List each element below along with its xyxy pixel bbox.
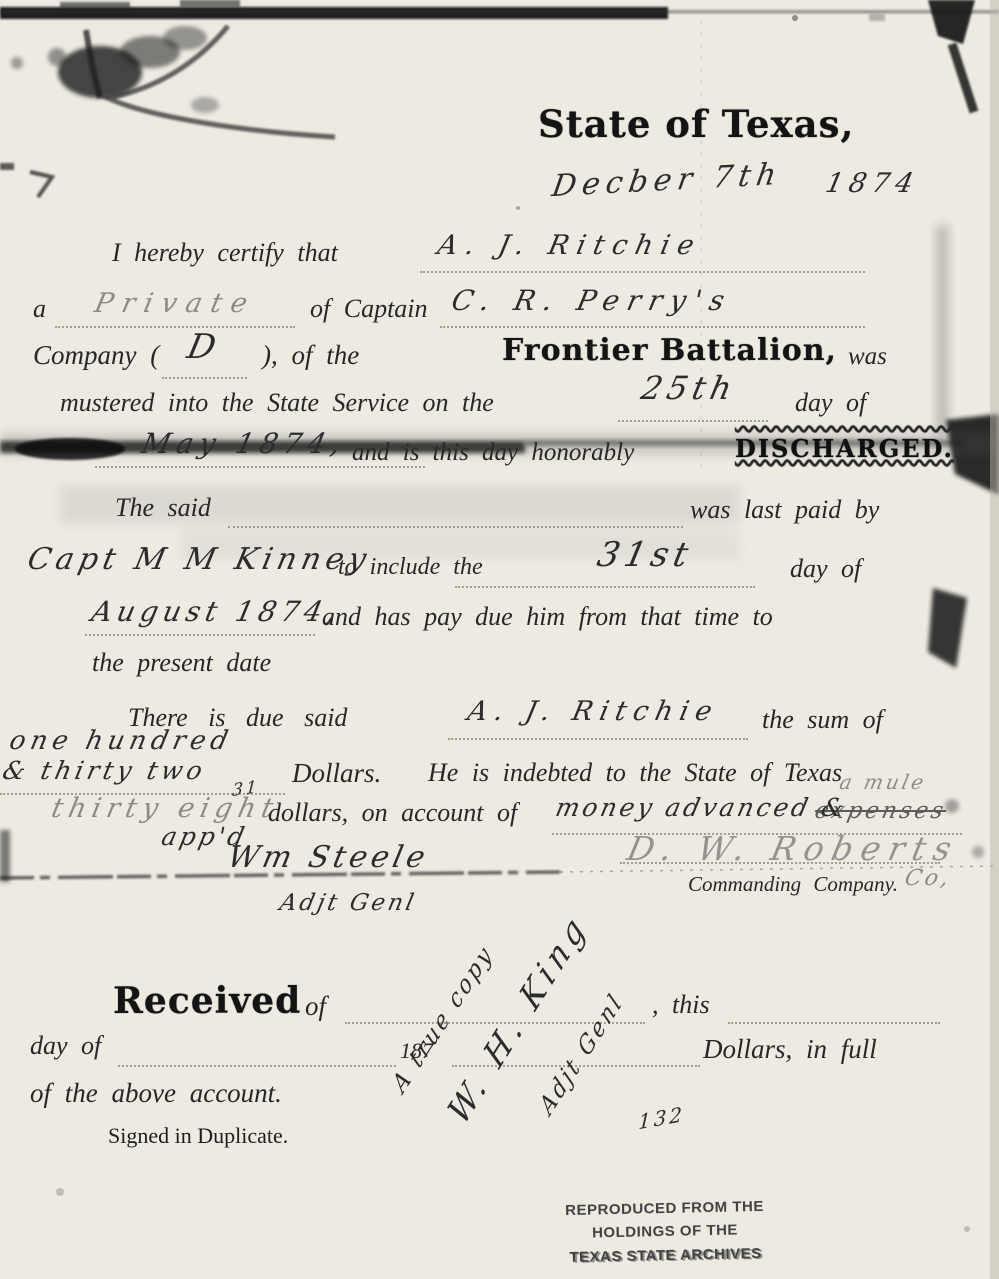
blank-line xyxy=(162,377,247,379)
king-signature: W. H. King xyxy=(443,906,593,1130)
blank-line xyxy=(448,738,748,740)
commanding-company-label: Commanding Company. xyxy=(688,874,898,895)
signed-duplicate-note: Signed in Duplicate. xyxy=(108,1125,288,1147)
captain-name: C. R. Perry's xyxy=(449,287,735,315)
blank-line xyxy=(55,326,295,328)
certify-prefix: I hereby certify that xyxy=(112,240,338,266)
blank-line xyxy=(85,634,315,636)
receipt-day-of: day of xyxy=(30,1033,101,1059)
indebted-line: He is indebted to the State of Texas xyxy=(428,760,842,786)
handwritten-year: 1874 xyxy=(823,170,921,197)
scanned-discharge-certificate: State of Texas, Decber 7th 1874 I hereby… xyxy=(0,0,999,1279)
page-number: 132 xyxy=(638,1104,685,1133)
present-date-line: the present date xyxy=(92,650,271,676)
sum-of-label: the sum of xyxy=(762,707,883,733)
handwritten-date: Decber 7th xyxy=(550,160,784,202)
battalion-name: Frontier Battalion, xyxy=(502,336,837,366)
on-account-label: dollars, on account of xyxy=(268,800,517,826)
company-abbr: Co, xyxy=(903,868,954,890)
blank-line xyxy=(618,420,768,422)
pay-due-line: and has pay due him from that time to xyxy=(322,604,773,630)
above-account-line: of the above account. xyxy=(30,1080,282,1107)
blank-line xyxy=(118,1065,396,1067)
blank-line xyxy=(420,271,865,273)
king-title: Adjt Genl xyxy=(537,989,628,1120)
amount-words-top: one hundred xyxy=(7,728,235,754)
company-open: Company ( xyxy=(33,342,159,369)
blank-line xyxy=(440,326,865,328)
adjutant-signature: Wm Steele xyxy=(225,843,432,873)
debt-reason: money advanced & xyxy=(553,795,849,820)
paid-month: August 1874, xyxy=(89,598,344,626)
day-of-label-1: day of xyxy=(795,390,866,416)
honorably-line: and is this day honorably xyxy=(352,440,634,465)
dollars-label: Dollars. xyxy=(292,760,381,787)
blank-line xyxy=(95,466,425,468)
of-captain-label: of Captain xyxy=(310,296,428,322)
stamp-line-3: TEXAS STATE ARCHIVES xyxy=(540,1241,790,1269)
debt-reason-added: a mule xyxy=(838,772,929,792)
discharged-stamp: DISCHARGED. xyxy=(735,437,954,461)
dollars-in-full-label: Dollars, in full xyxy=(703,1036,877,1063)
to-include-label: to include the xyxy=(338,555,483,579)
debt-fraction: 31 xyxy=(232,779,261,800)
document-title: State of Texas, xyxy=(538,106,854,143)
last-paid-label: was last paid by xyxy=(690,497,879,523)
paymaster-name: Capt M M Kinney xyxy=(25,545,374,575)
amount-words-bottom: & thirty two xyxy=(0,758,208,783)
soldier-name-1: A. J. Ritchie xyxy=(435,232,704,259)
article-a: a xyxy=(33,296,46,322)
the-said-label: The said xyxy=(115,495,211,521)
commander-signature: D. W. Roberts xyxy=(624,832,962,865)
blank-line xyxy=(455,586,755,588)
day-of-label-2: day of xyxy=(790,556,861,582)
received-label: Received xyxy=(113,983,301,1019)
blank-line xyxy=(228,526,683,528)
debt-reason-struck: expenses xyxy=(813,800,949,823)
blank-line xyxy=(728,1022,940,1024)
archives-stamp: REPRODUCED FROM THE HOLDINGS OF THE TEXA… xyxy=(539,1194,790,1269)
company-close: ), of the xyxy=(262,342,359,369)
received-of-label: of xyxy=(305,993,326,1020)
debt-amount: thirty eight xyxy=(49,795,281,822)
rank-fill: Private xyxy=(92,290,259,317)
company-letter: D xyxy=(184,330,221,364)
was-label: was xyxy=(848,344,887,369)
muster-date: May 1874, xyxy=(139,430,349,458)
soldier-name-2: A. J. Ritchie xyxy=(465,698,721,725)
paid-day: 31st xyxy=(594,538,696,572)
muster-day: 25th xyxy=(639,372,740,404)
mustered-line: mustered into the State Service on the xyxy=(60,390,494,416)
this-label: , this xyxy=(652,992,710,1018)
blank-line xyxy=(620,862,940,864)
adjutant-title: Adjt Genl xyxy=(278,892,419,915)
